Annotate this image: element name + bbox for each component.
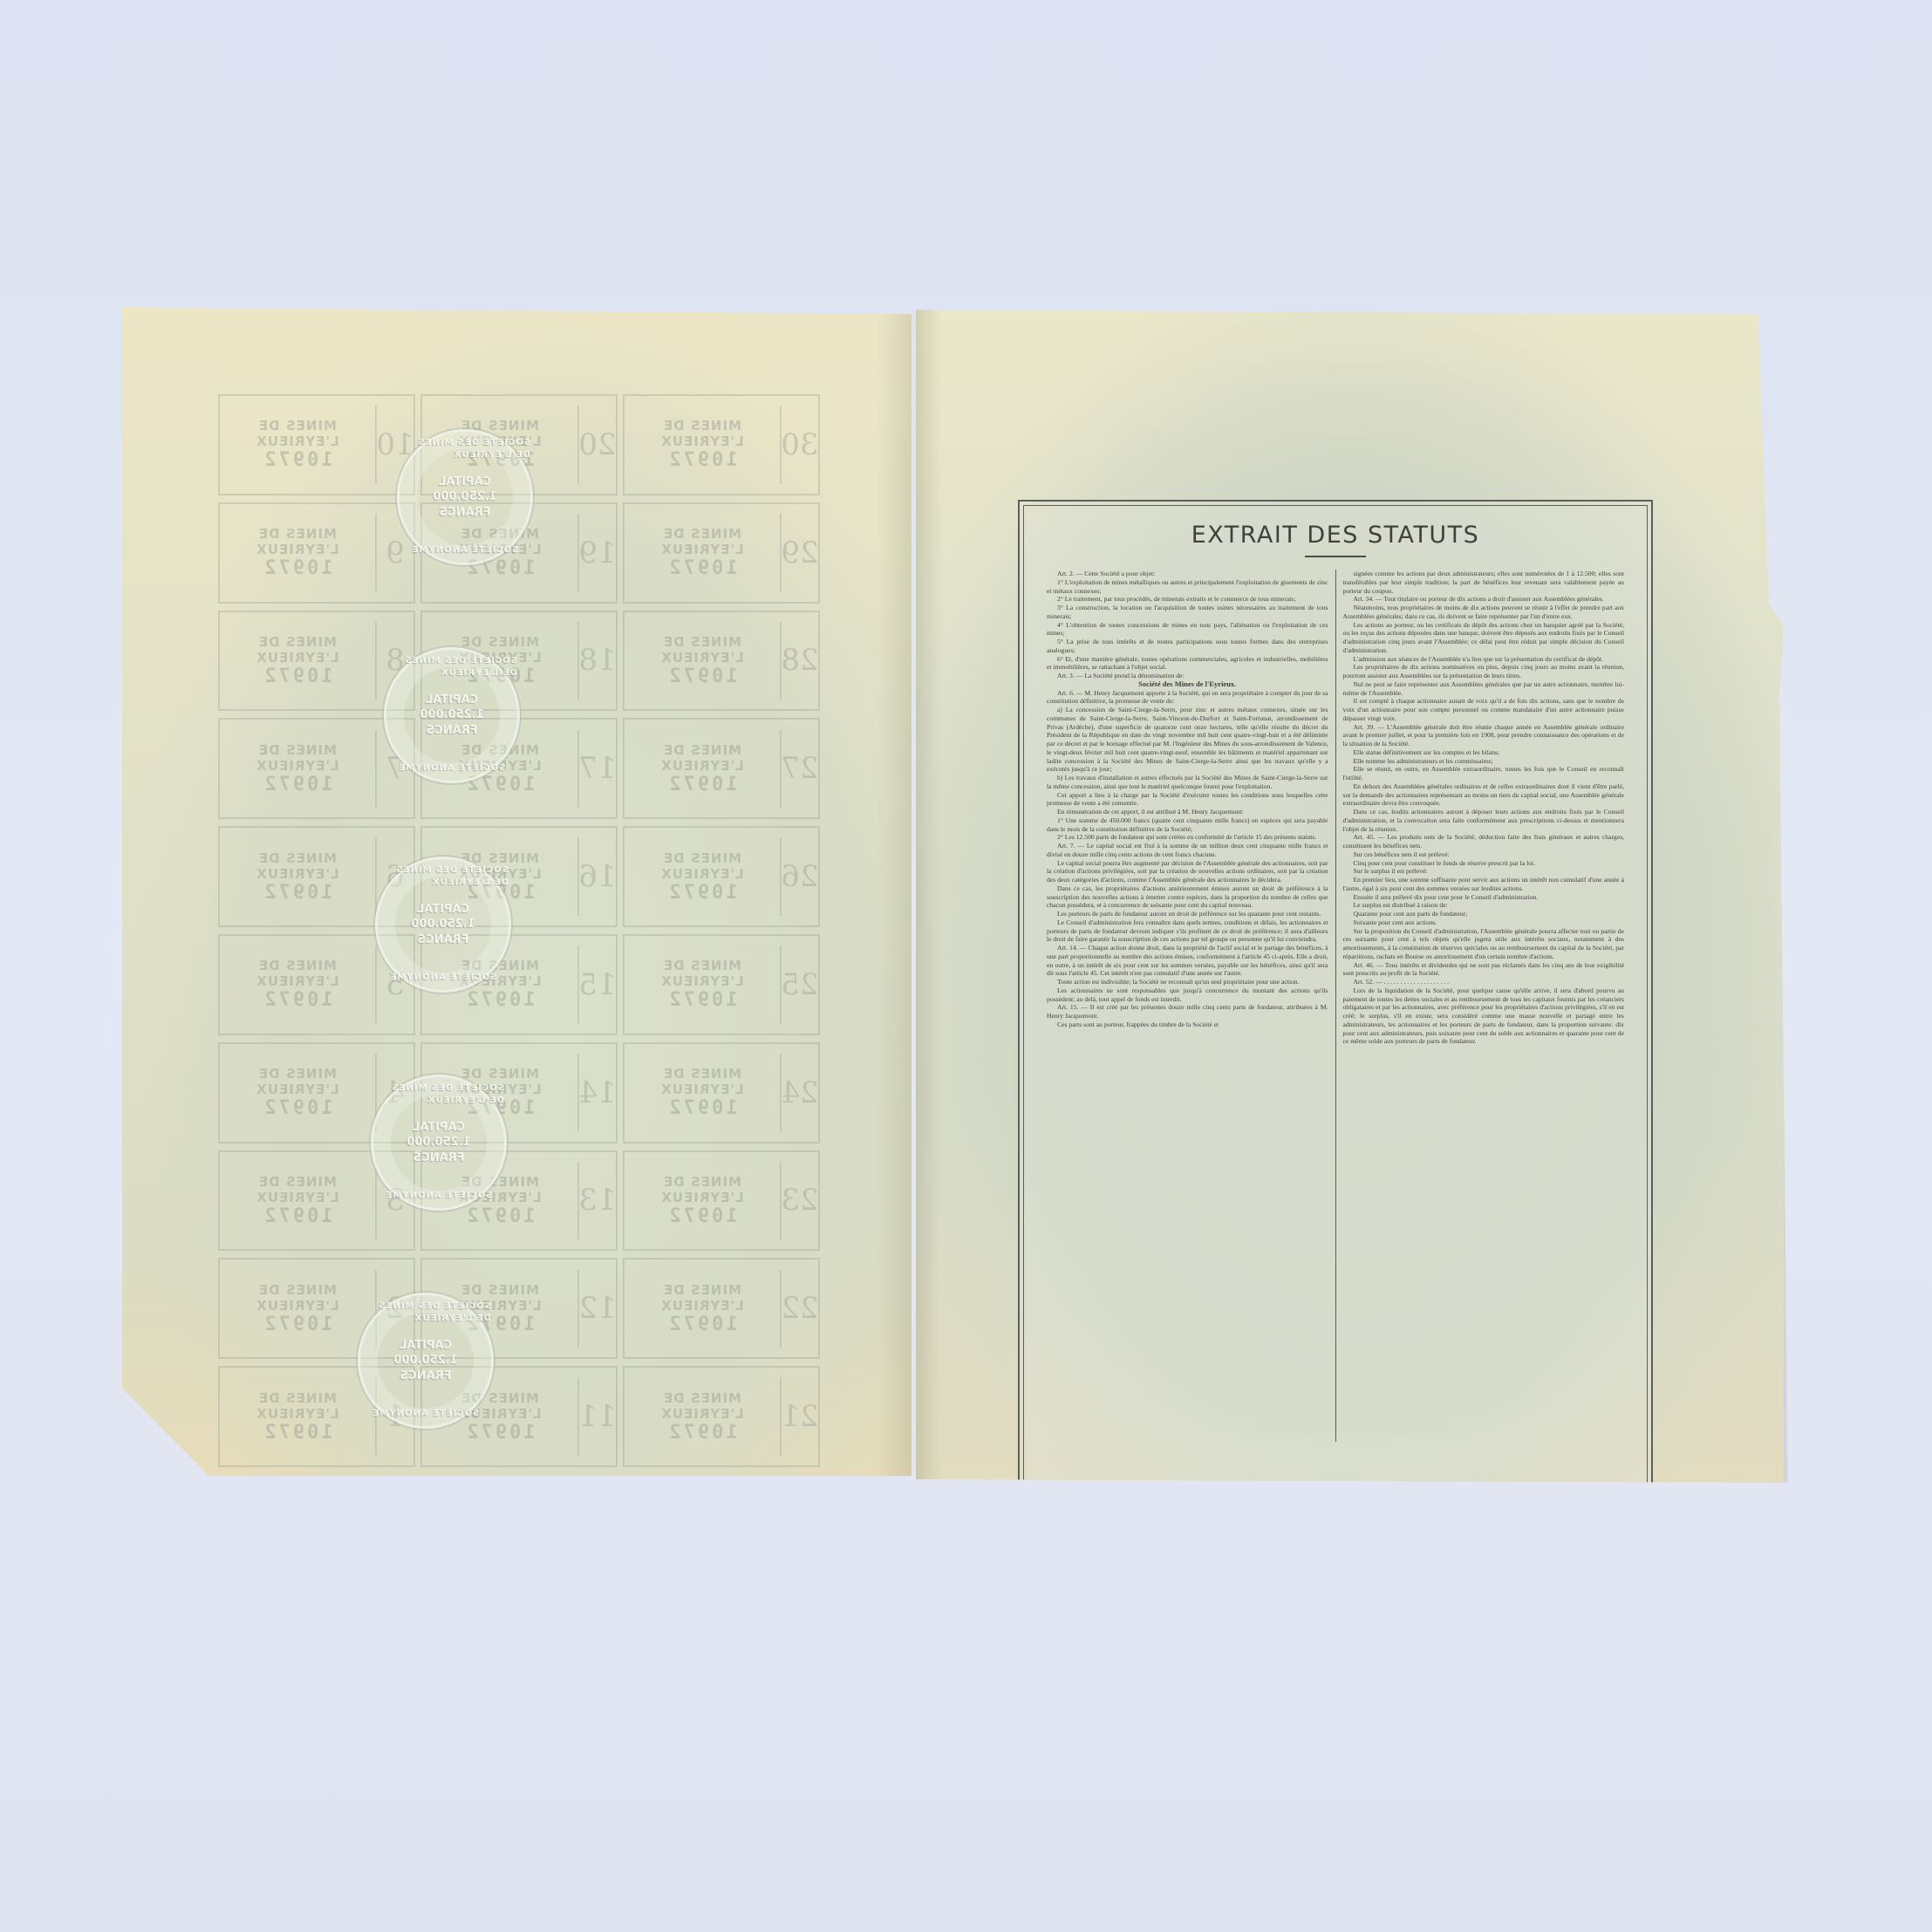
statutes-frame: EXTRAIT DES STATUTS Art. 2. — Cette Soci… <box>1018 500 1653 1513</box>
coupon-number: 14 <box>577 1054 616 1131</box>
coupon-serial: 10972 <box>220 1422 375 1444</box>
coupon-title: MINES DE L'EYRIEUX <box>220 850 375 882</box>
coupon-number: 19 <box>577 514 616 591</box>
statute-paragraph: Ces parts sont au porteur, frappées du t… <box>1047 1021 1328 1029</box>
coupon-body: MINES DE L'EYRIEUX10972 <box>220 958 375 1011</box>
statute-paragraph: 1° Une somme de 450.000 francs (quatre c… <box>1047 816 1328 834</box>
statute-paragraph: Les actionnaires ne sont responsables qu… <box>1047 986 1328 1004</box>
coupon-serial: 10972 <box>220 557 375 579</box>
statute-paragraph: Il est compté à chaque actionnaire autan… <box>1343 697 1625 722</box>
coupon-title: MINES DE L'EYRIEUX <box>625 958 780 989</box>
coupon-serial: 10972 <box>220 774 375 795</box>
coupon-number: 12 <box>577 1270 616 1348</box>
coupon-serial: 10972 <box>220 882 375 904</box>
coupon-title: MINES DE L'EYRIEUX <box>625 1282 780 1314</box>
embossed-stamp: SOCIÉTÉ DES MINES DE L'EYRIEUX CAPITAL 1… <box>384 647 520 783</box>
coupon: 23MINES DE L'EYRIEUX10972 <box>623 1150 820 1252</box>
coupon-number: 23 <box>780 1162 818 1239</box>
statute-paragraph: Art. 15. — Il est créé par les présentes… <box>1047 1003 1328 1021</box>
coupon-title: MINES DE L'EYRIEUX <box>220 742 375 774</box>
coupon: 25MINES DE L'EYRIEUX10972 <box>623 934 820 1035</box>
statute-paragraph: Dans ce cas, les propriétaires d'actions… <box>1047 884 1328 910</box>
coupon-serial: 10972 <box>220 1314 375 1335</box>
statute-paragraph: Art. 7. — Le capital social est fixé à l… <box>1047 842 1328 859</box>
statute-paragraph: 5° La prise de tous intérêts et de toute… <box>1047 638 1328 655</box>
coupon-number: 16 <box>577 837 616 915</box>
coupon: 24MINES DE L'EYRIEUX10972 <box>623 1042 820 1143</box>
coupon-body: MINES DE L'EYRIEUX10972 <box>625 634 780 687</box>
statute-paragraph: a) La concession de Saint-Cierge-la-Serr… <box>1047 706 1328 774</box>
statute-paragraph: Toute action est indivisible; la Société… <box>1047 978 1328 986</box>
coupon-number: 15 <box>577 946 616 1023</box>
statute-paragraph: 2° Le traitement, par tous procédés, de … <box>1047 595 1328 604</box>
embossed-stamp: SOCIÉTÉ DES MINES DE L'EYRIEUX CAPITAL 1… <box>375 857 511 993</box>
coupon-body: MINES DE L'EYRIEUX10972 <box>625 850 780 904</box>
coupon-body: MINES DE L'EYRIEUX10972 <box>220 526 375 579</box>
statute-paragraph: 1° L'exploitation de mines métalliques o… <box>1047 578 1328 596</box>
coupon-title: MINES DE L'EYRIEUX <box>625 1390 780 1422</box>
coupon-title: MINES DE L'EYRIEUX <box>625 634 780 666</box>
statutes-column-left: Art. 2. — Cette Société a pour objet:1° … <box>1040 570 1335 1442</box>
statute-paragraph: En rémunération de cet apport, il est at… <box>1047 808 1328 816</box>
coupon-title: MINES DE L'EYRIEUX <box>625 526 780 557</box>
coupon-number: 18 <box>577 622 616 700</box>
coupon-title: MINES DE L'EYRIEUX <box>220 1066 375 1097</box>
coupon-serial: 10972 <box>220 989 375 1011</box>
coupon-title: MINES DE L'EYRIEUX <box>625 1174 780 1205</box>
coupon: 10MINES DE L'EYRIEUX10972 <box>218 394 415 495</box>
coupon-serial: 10972 <box>220 449 375 471</box>
coupon-body: MINES DE L'EYRIEUX10972 <box>625 526 780 579</box>
coupon-serial: 10972 <box>625 1205 780 1227</box>
coupon-grid: 10MINES DE L'EYRIEUX109729MINES DE L'EYR… <box>218 394 820 1467</box>
coupon-serial: 10972 <box>625 1097 780 1119</box>
coupon-number: 27 <box>780 730 818 808</box>
right-page-statutes: EXTRAIT DES STATUTS Art. 2. — Cette Soci… <box>916 310 1784 1483</box>
coupon-serial: 10972 <box>625 989 780 1011</box>
coupon-serial: 10972 <box>625 666 780 687</box>
coupon-body: MINES DE L'EYRIEUX10972 <box>220 742 375 795</box>
coupon: 9MINES DE L'EYRIEUX10972 <box>218 502 415 604</box>
embossed-stamp: SOCIÉTÉ DES MINES DE L'EYRIEUX CAPITAL 1… <box>397 429 533 565</box>
statute-paragraph: Art. 45. — Les produits nets de la Socié… <box>1343 833 1625 850</box>
coupon-number: 28 <box>780 622 818 700</box>
coupon: 29MINES DE L'EYRIEUX10972 <box>623 502 820 604</box>
statute-paragraph: Lors de la liquidation de la Société, po… <box>1343 986 1625 1046</box>
statute-paragraph: L'admission aux séances de l'Assemblée n… <box>1343 655 1625 664</box>
statute-paragraph: Sur ces bénéfices nets il est prélevé: <box>1343 850 1625 859</box>
statute-paragraph: 6° Et, d'une manière générale, toutes op… <box>1047 655 1328 672</box>
statute-paragraph: Art. 6. — M. Henry Jacquemont apporte à … <box>1047 689 1328 707</box>
coupon-body: MINES DE L'EYRIEUX10972 <box>625 1174 780 1227</box>
coupon: 28MINES DE L'EYRIEUX10972 <box>623 611 820 712</box>
statute-paragraph: Cinq pour cent pour constituer le fonds … <box>1343 859 1625 868</box>
coupon-serial: 10972 <box>220 666 375 687</box>
statute-paragraph: signées comme les actions par deux admin… <box>1343 570 1625 595</box>
statute-paragraph: Le capital social pourra être augmenté p… <box>1047 859 1328 884</box>
coupon-number: 25 <box>780 946 818 1023</box>
coupon-number: 20 <box>577 406 616 483</box>
coupon-title: MINES DE L'EYRIEUX <box>625 742 780 774</box>
coupon-serial: 10972 <box>625 1314 780 1335</box>
statute-paragraph: Art. 14. — Chaque action donne droit, da… <box>1047 944 1328 978</box>
statute-paragraph: Sur la proposition du Conseil d'administ… <box>1343 927 1625 961</box>
coupon: 30MINES DE L'EYRIEUX10972 <box>623 394 820 495</box>
statute-paragraph: Art. 2. — Cette Société a pour objet: <box>1047 570 1328 578</box>
statute-paragraph: Le Conseil d'administration fera connaît… <box>1047 918 1328 944</box>
coupon-title: MINES DE L'EYRIEUX <box>220 634 375 666</box>
coupon: 21MINES DE L'EYRIEUX10972 <box>623 1366 820 1467</box>
statute-paragraph: Les propriétaires de dix actions nominat… <box>1343 663 1625 680</box>
coupon: 26MINES DE L'EYRIEUX10972 <box>623 826 820 927</box>
statute-paragraph: Les porteurs de parts de fondateur auron… <box>1047 910 1328 918</box>
statute-paragraph: Soixante pour cent aux actions. <box>1343 918 1625 927</box>
coupon-body: MINES DE L'EYRIEUX10972 <box>625 742 780 795</box>
coupon-number: 26 <box>780 837 818 915</box>
statute-paragraph: Art. 52. — . . . . . . . . . . . . . . .… <box>1343 978 1625 986</box>
statute-paragraph: Art. 39. — L'Assemblée générale doit êtr… <box>1343 723 1625 748</box>
statute-paragraph: Nul ne peut se faire représenter aux Ass… <box>1343 680 1625 698</box>
statute-paragraph: Quarante pour cent aux parts de fondateu… <box>1343 910 1625 918</box>
coupon-serial: 10972 <box>220 1205 375 1227</box>
coupon-serial: 10972 <box>422 989 577 1011</box>
statute-paragraph: 3° La construction, la location ou l'acq… <box>1047 604 1328 621</box>
coupon-title: MINES DE L'EYRIEUX <box>220 958 375 989</box>
statute-paragraph: Sur le surplus il est prélevé: <box>1343 867 1625 876</box>
statute-paragraph: Elle nomme les administrateurs et les co… <box>1343 757 1625 766</box>
coupon-serial: 10972 <box>625 774 780 795</box>
left-page-coupon-sheet: 10MINES DE L'EYRIEUX109729MINES DE L'EYR… <box>122 307 911 1476</box>
statute-paragraph: 4° L'obtention de toutes concessions de … <box>1047 621 1328 638</box>
coupon-body: MINES DE L'EYRIEUX10972 <box>220 418 375 471</box>
coupon-serial: 10972 <box>625 449 780 471</box>
coupon-number: 21 <box>780 1377 818 1455</box>
coupon-number: 22 <box>780 1270 818 1348</box>
coupon-body: MINES DE L'EYRIEUX10972 <box>220 1282 375 1335</box>
coupon-number: 11 <box>577 1377 616 1455</box>
coupon-body: MINES DE L'EYRIEUX10972 <box>220 850 375 904</box>
statute-paragraph: Le surplus est distribué à raison de: <box>1343 901 1625 910</box>
coupon-body: MINES DE L'EYRIEUX10972 <box>625 418 780 471</box>
coupon-body: MINES DE L'EYRIEUX10972 <box>625 1282 780 1335</box>
statute-paragraph: Elle se réunit, en outre, en Assemblée e… <box>1343 765 1625 782</box>
coupon-number: 29 <box>780 514 818 591</box>
statute-paragraph: Ensuite il sera prélevé dix pour cent po… <box>1343 893 1625 902</box>
embossed-stamp: SOCIÉTÉ DES MINES DE L'EYRIEUX CAPITAL 1… <box>358 1293 494 1429</box>
embossed-stamp: SOCIÉTÉ DES MINES DE L'EYRIEUX CAPITAL 1… <box>371 1075 507 1211</box>
title-rule <box>1305 556 1366 557</box>
coupon-title: MINES DE L'EYRIEUX <box>220 1174 375 1205</box>
statute-paragraph: Les actions au porteur, ou les certifica… <box>1343 621 1625 655</box>
page-title: EXTRAIT DES STATUTS <box>1040 522 1631 549</box>
coupon-title: MINES DE L'EYRIEUX <box>220 418 375 449</box>
coupon: 27MINES DE L'EYRIEUX10972 <box>623 718 820 819</box>
coupon-title: MINES DE L'EYRIEUX <box>625 850 780 882</box>
statute-paragraph: Art. 46. — Tous intérêts et dividendes q… <box>1343 961 1625 979</box>
statute-paragraph: Elle statue définitivement sur les compt… <box>1343 748 1625 757</box>
coupon-body: MINES DE L'EYRIEUX10972 <box>220 1174 375 1227</box>
coupon-title: MINES DE L'EYRIEUX <box>220 1282 375 1314</box>
statutes-column-right: signées comme les actions par deux admin… <box>1335 570 1632 1442</box>
coupon-body: MINES DE L'EYRIEUX10972 <box>625 958 780 1011</box>
coupon-body: MINES DE L'EYRIEUX10972 <box>625 1390 780 1444</box>
coupon-number: 24 <box>780 1054 818 1131</box>
coupon-title: MINES DE L'EYRIEUX <box>625 1066 780 1097</box>
coupon-serial: 10972 <box>625 1422 780 1444</box>
coupon-body: MINES DE L'EYRIEUX10972 <box>220 1066 375 1119</box>
coupon-number: 17 <box>577 730 616 808</box>
statute-paragraph: Dans ce cas, lesdits actionnaires auront… <box>1343 808 1625 833</box>
coupon-number: 13 <box>577 1162 616 1239</box>
coupon-title: MINES DE L'EYRIEUX <box>220 526 375 557</box>
statute-paragraph: Art. 34. — Tout titulaire ou porteur de … <box>1343 595 1625 604</box>
statute-paragraph: 2° Les 12.500 parts de fondateur qui son… <box>1047 833 1328 842</box>
coupon-serial: 10972 <box>625 557 780 579</box>
statute-paragraph: Néanmoins, tous propriétaires de moins d… <box>1343 604 1625 621</box>
coupon: 22MINES DE L'EYRIEUX10972 <box>623 1258 820 1359</box>
statute-paragraph: Société des Mines de l'Eyrieux. <box>1047 680 1328 689</box>
coupon-serial: 10972 <box>220 1097 375 1119</box>
coupon-body: MINES DE L'EYRIEUX10972 <box>220 634 375 687</box>
coupon-serial: 10972 <box>625 882 780 904</box>
statute-paragraph: b) Les travaux d'installation et autres … <box>1047 774 1328 791</box>
coupon-number: 30 <box>780 406 818 483</box>
coupon-title: MINES DE L'EYRIEUX <box>625 418 780 449</box>
coupon-body: MINES DE L'EYRIEUX10972 <box>220 1390 375 1444</box>
fold-shadow <box>877 307 911 1476</box>
coupon-title: MINES DE L'EYRIEUX <box>220 1390 375 1422</box>
statute-paragraph: En dehors des Assemblées générales ordin… <box>1343 782 1625 808</box>
statute-paragraph: En premier lieu, une somme suffisante po… <box>1343 876 1625 893</box>
statute-paragraph: Cet apport a lieu à la charge par la Soc… <box>1047 791 1328 809</box>
coupon-body: MINES DE L'EYRIEUX10972 <box>625 1066 780 1119</box>
